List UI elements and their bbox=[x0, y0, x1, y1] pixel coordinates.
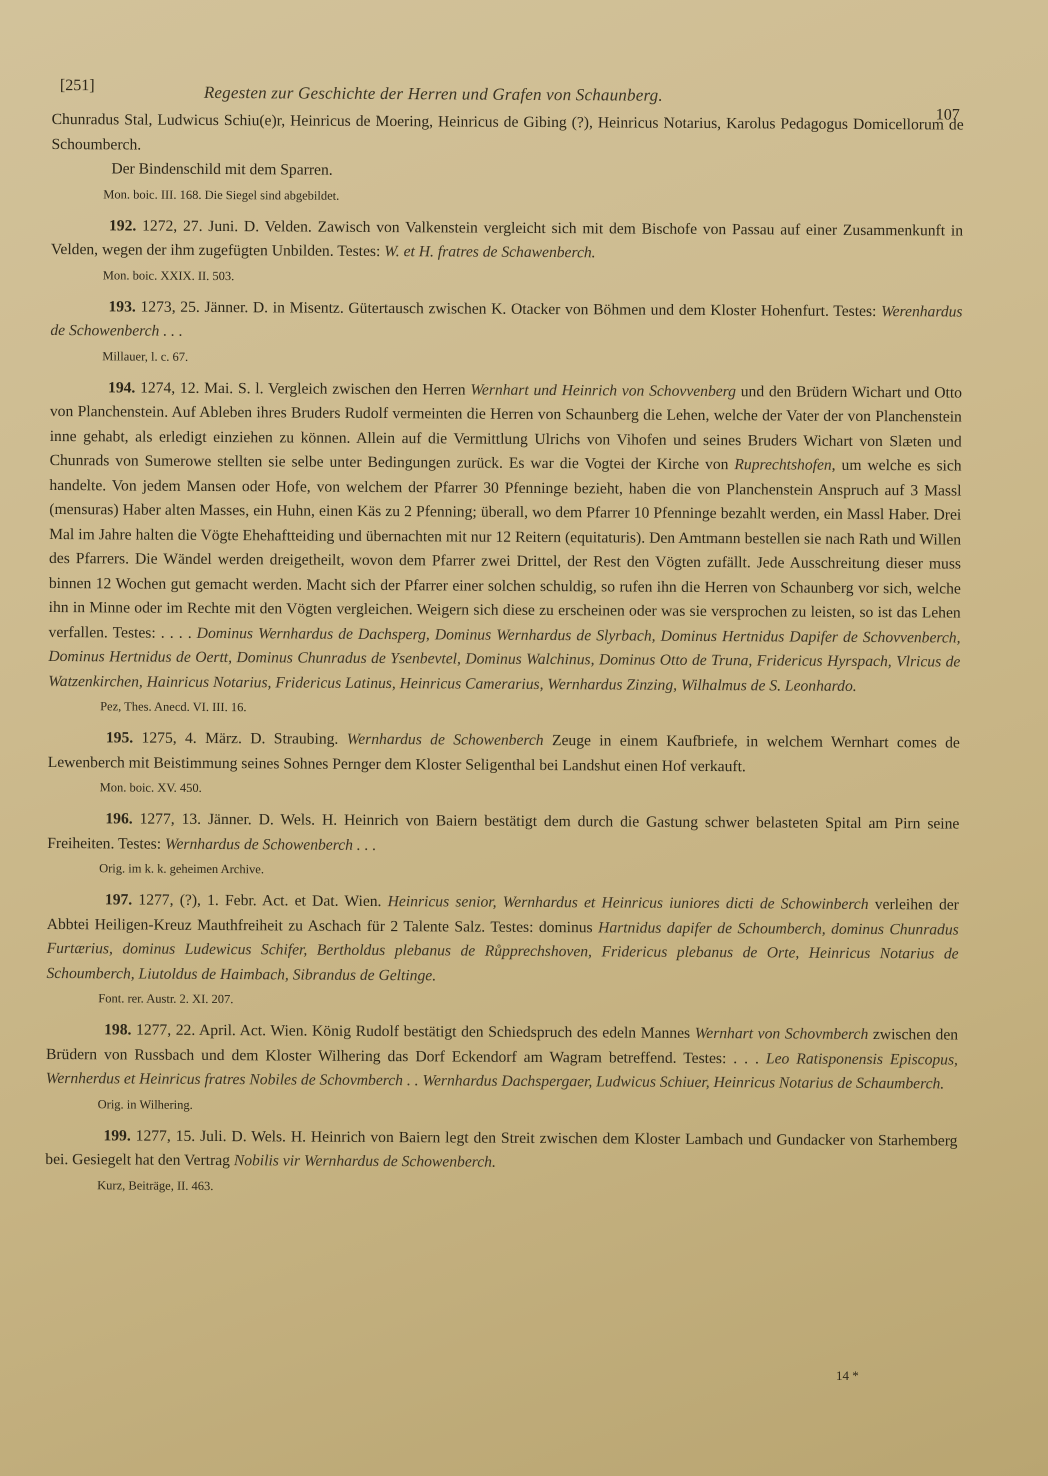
source-citation: Kurz, Beiträge, II. 463. bbox=[45, 1174, 957, 1200]
seal-description: Der Bindenschild mit dem Sparren. bbox=[51, 157, 963, 187]
entry-witnesses: Nobilis vir Wernhardus de Schowenberch. bbox=[234, 1152, 496, 1171]
regest-entry-198: 198. 1277, 22. April. Act. Wien. König R… bbox=[46, 1018, 959, 1119]
entry-text: 1277, 22. April. Act. Wien. König Rudolf… bbox=[136, 1022, 695, 1042]
regest-entry-195: 195. 1275, 4. März. D. Straubing. Wernha… bbox=[48, 726, 960, 803]
entry-number: 198. bbox=[104, 1021, 131, 1038]
entry-number: 199. bbox=[103, 1127, 130, 1144]
source-citation: Millauer, l. c. 67. bbox=[50, 345, 962, 371]
entry-text: 1274, 12. Mai. S. l. Vergleich zwischen … bbox=[140, 379, 470, 398]
continuation-text: Chunradus Stal, Ludwicus Schiu(e)r, Hein… bbox=[51, 108, 963, 163]
entry-witnesses: W. et H. fratres de Schawenberch. bbox=[384, 243, 595, 261]
source-citation: Mon. boic. XV. 450. bbox=[48, 777, 960, 803]
regest-entry-196: 196. 1277, 13. Jänner. D. Wels. H. Heinr… bbox=[47, 807, 959, 884]
document-page: [251] Regesten zur Geschichte der Herren… bbox=[45, 68, 964, 1200]
page-number: 107 bbox=[936, 103, 960, 128]
regest-entry-194: 194. 1274, 12. Mai. S. l. Vergleich zwis… bbox=[48, 375, 962, 721]
entry-number: 196. bbox=[105, 810, 132, 827]
entry-number: 193. bbox=[108, 298, 135, 315]
source-citation: Orig. im k. k. geheimen Archive. bbox=[47, 858, 959, 884]
source-citation: Font. rer. Austr. 2. XI. 207. bbox=[46, 988, 958, 1014]
entry-text: 1277, (?), 1. Febr. Act. et Dat. Wien. bbox=[138, 892, 387, 911]
entry-italic-names: Wernhardus de Schowenberch bbox=[347, 731, 544, 749]
entry-text: 1277, 15. Juli. D. Wels. H. Heinrich von… bbox=[45, 1127, 957, 1169]
entry-text: 1273, 25. Jänner. D. in Misentz. Güterta… bbox=[140, 298, 881, 320]
entry-number: 192. bbox=[109, 217, 136, 234]
continuation-entry: Chunradus Stal, Ludwicus Schiu(e)r, Hein… bbox=[51, 108, 964, 209]
entry-italic-names: Wernhart von Schovmberch bbox=[695, 1025, 869, 1043]
signature-mark: [251] bbox=[60, 74, 95, 99]
source-citation: Orig. in Wilhering. bbox=[46, 1093, 958, 1119]
entry-witnesses: Wernhardus de Schowenberch . . . bbox=[165, 835, 376, 853]
sheet-signature-mark: 14 * bbox=[836, 1368, 859, 1384]
entry-text: , um welche es sich handelte. Von jedem … bbox=[49, 457, 962, 642]
page-header: [251] Regesten zur Geschichte der Herren… bbox=[52, 68, 964, 114]
entry-text: 1275, 4. März. D. Straubing. bbox=[142, 730, 347, 748]
source-citation: Mon. boic. III. 168. Die Siegel sind abg… bbox=[51, 183, 963, 209]
entry-italic-place: Ruprechtshofen bbox=[734, 456, 831, 474]
running-title: Regesten zur Geschichte der Herren und G… bbox=[204, 81, 663, 108]
regest-entry-199: 199. 1277, 15. Juli. D. Wels. H. Heinric… bbox=[45, 1123, 957, 1200]
source-citation: Pez, Thes. Anecd. VI. III. 16. bbox=[48, 696, 960, 722]
source-citation: Mon. boic. XXIX. II. 503. bbox=[51, 264, 963, 290]
entry-italic-names: Wernhart und Heinrich von Schovvenberg bbox=[470, 381, 736, 400]
regest-entry-197: 197. 1277, (?), 1. Febr. Act. et Dat. Wi… bbox=[46, 888, 959, 1014]
entry-number: 194. bbox=[108, 379, 135, 396]
entry-italic-names: Heinricus senior, Wernhardus et Heinricu… bbox=[388, 893, 869, 913]
entry-number: 197. bbox=[105, 891, 132, 908]
entry-number: 195. bbox=[106, 729, 133, 746]
regest-entry-192: 192. 1272, 27. Juni. D. Velden. Zawisch … bbox=[51, 213, 963, 290]
regest-entry-193: 193. 1273, 25. Jänner. D. in Misentz. Gü… bbox=[50, 294, 962, 371]
